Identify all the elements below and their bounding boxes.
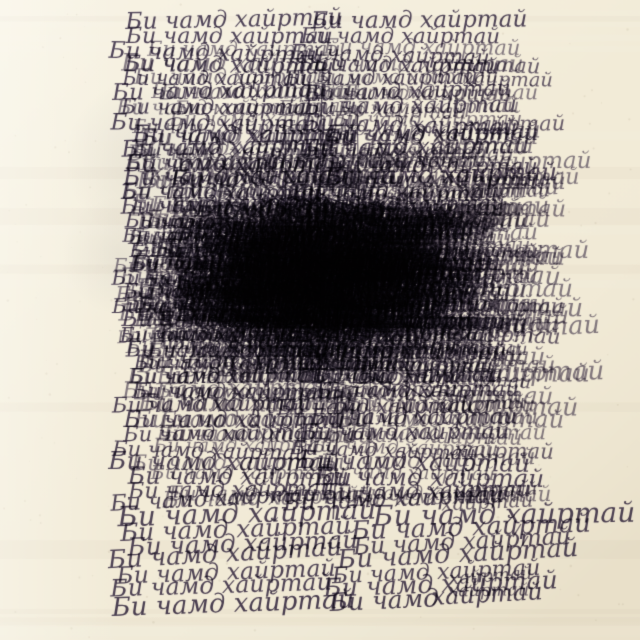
handwriting-artwork-canvas bbox=[0, 0, 640, 640]
scanned-page: Би чамд хайртай bbox=[0, 0, 640, 640]
